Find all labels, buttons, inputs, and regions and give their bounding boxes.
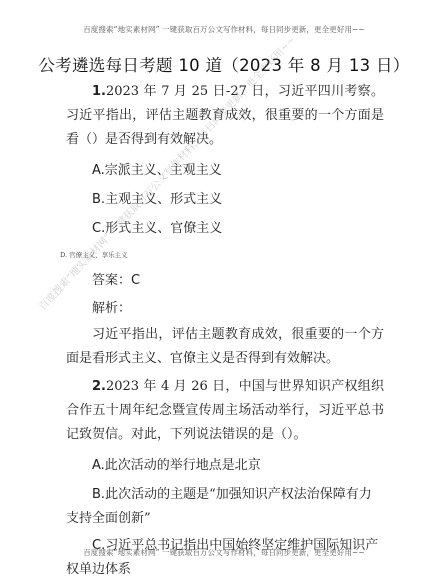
- question-1-option-a: A.宗派主义、主观主义: [66, 156, 384, 185]
- page-title: 公考遴选每日考题 10 道（2023 年 8 月 13 日）: [0, 52, 448, 76]
- question-1-number: 1.: [92, 84, 106, 99]
- question-1-analysis-label: 解析：: [66, 295, 384, 323]
- question-1-analysis: 习近平指出，评估主题教育成效，很重要的一个方面是看形式主义、官僚主义是否得到有效…: [66, 323, 384, 371]
- question-1-answer: 答案：C: [66, 267, 384, 295]
- question-1-stem: 1.2023 年 7 月 25 日-27 日，习近平四川考察。习近平指出，评估主…: [66, 80, 384, 152]
- page-footer: 百度搜索“地实素材网” 一键获取百万公文写作材料，每日同步更新，更全更好用~~: [0, 547, 448, 558]
- question-2-option-b: B.此次活动的主题是“加强知识产权法治保障有力支持全面创新”: [66, 483, 384, 531]
- question-1-option-c: C.形式主义、官僚主义: [66, 214, 384, 243]
- question-2-number: 2.: [92, 379, 106, 394]
- question-2-stem: 2.2023 年 4 月 26 日，中国与世界知识产权组织合作五十周年纪念暨宣传…: [66, 375, 384, 447]
- document-body: 1.2023 年 7 月 25 日-27 日，习近平四川考察。习近平指出，评估主…: [66, 80, 384, 580]
- answer-value: C: [131, 273, 140, 288]
- page-header: 百度搜索“地实素材网” 一键获取百万公文写作材料，每日同步更新，更全更好用~~: [0, 24, 448, 35]
- question-1-option-d: D. 官僚主义、享乐主义: [60, 243, 384, 267]
- question-1-option-b: B.主观主义、形式主义: [66, 185, 384, 214]
- question-2-option-a: A.此次活动的举行地点是北京: [66, 451, 384, 480]
